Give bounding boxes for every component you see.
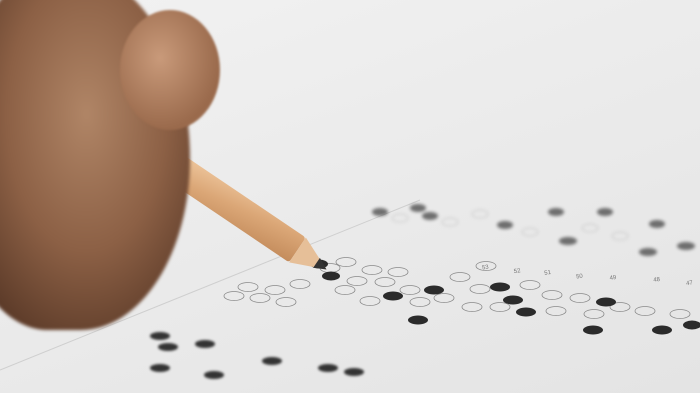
svg-text:48: 48 xyxy=(653,277,661,284)
svg-text:51: 51 xyxy=(544,270,552,277)
svg-text:49: 49 xyxy=(609,275,617,282)
question-number: 53 xyxy=(482,265,490,272)
svg-text:50: 50 xyxy=(576,274,584,281)
thumb xyxy=(120,10,220,130)
photo-answer-sheet: 53 52 51 50 49 48 47 xyxy=(0,0,700,393)
svg-text:47: 47 xyxy=(686,280,694,287)
svg-text:52: 52 xyxy=(513,268,521,275)
